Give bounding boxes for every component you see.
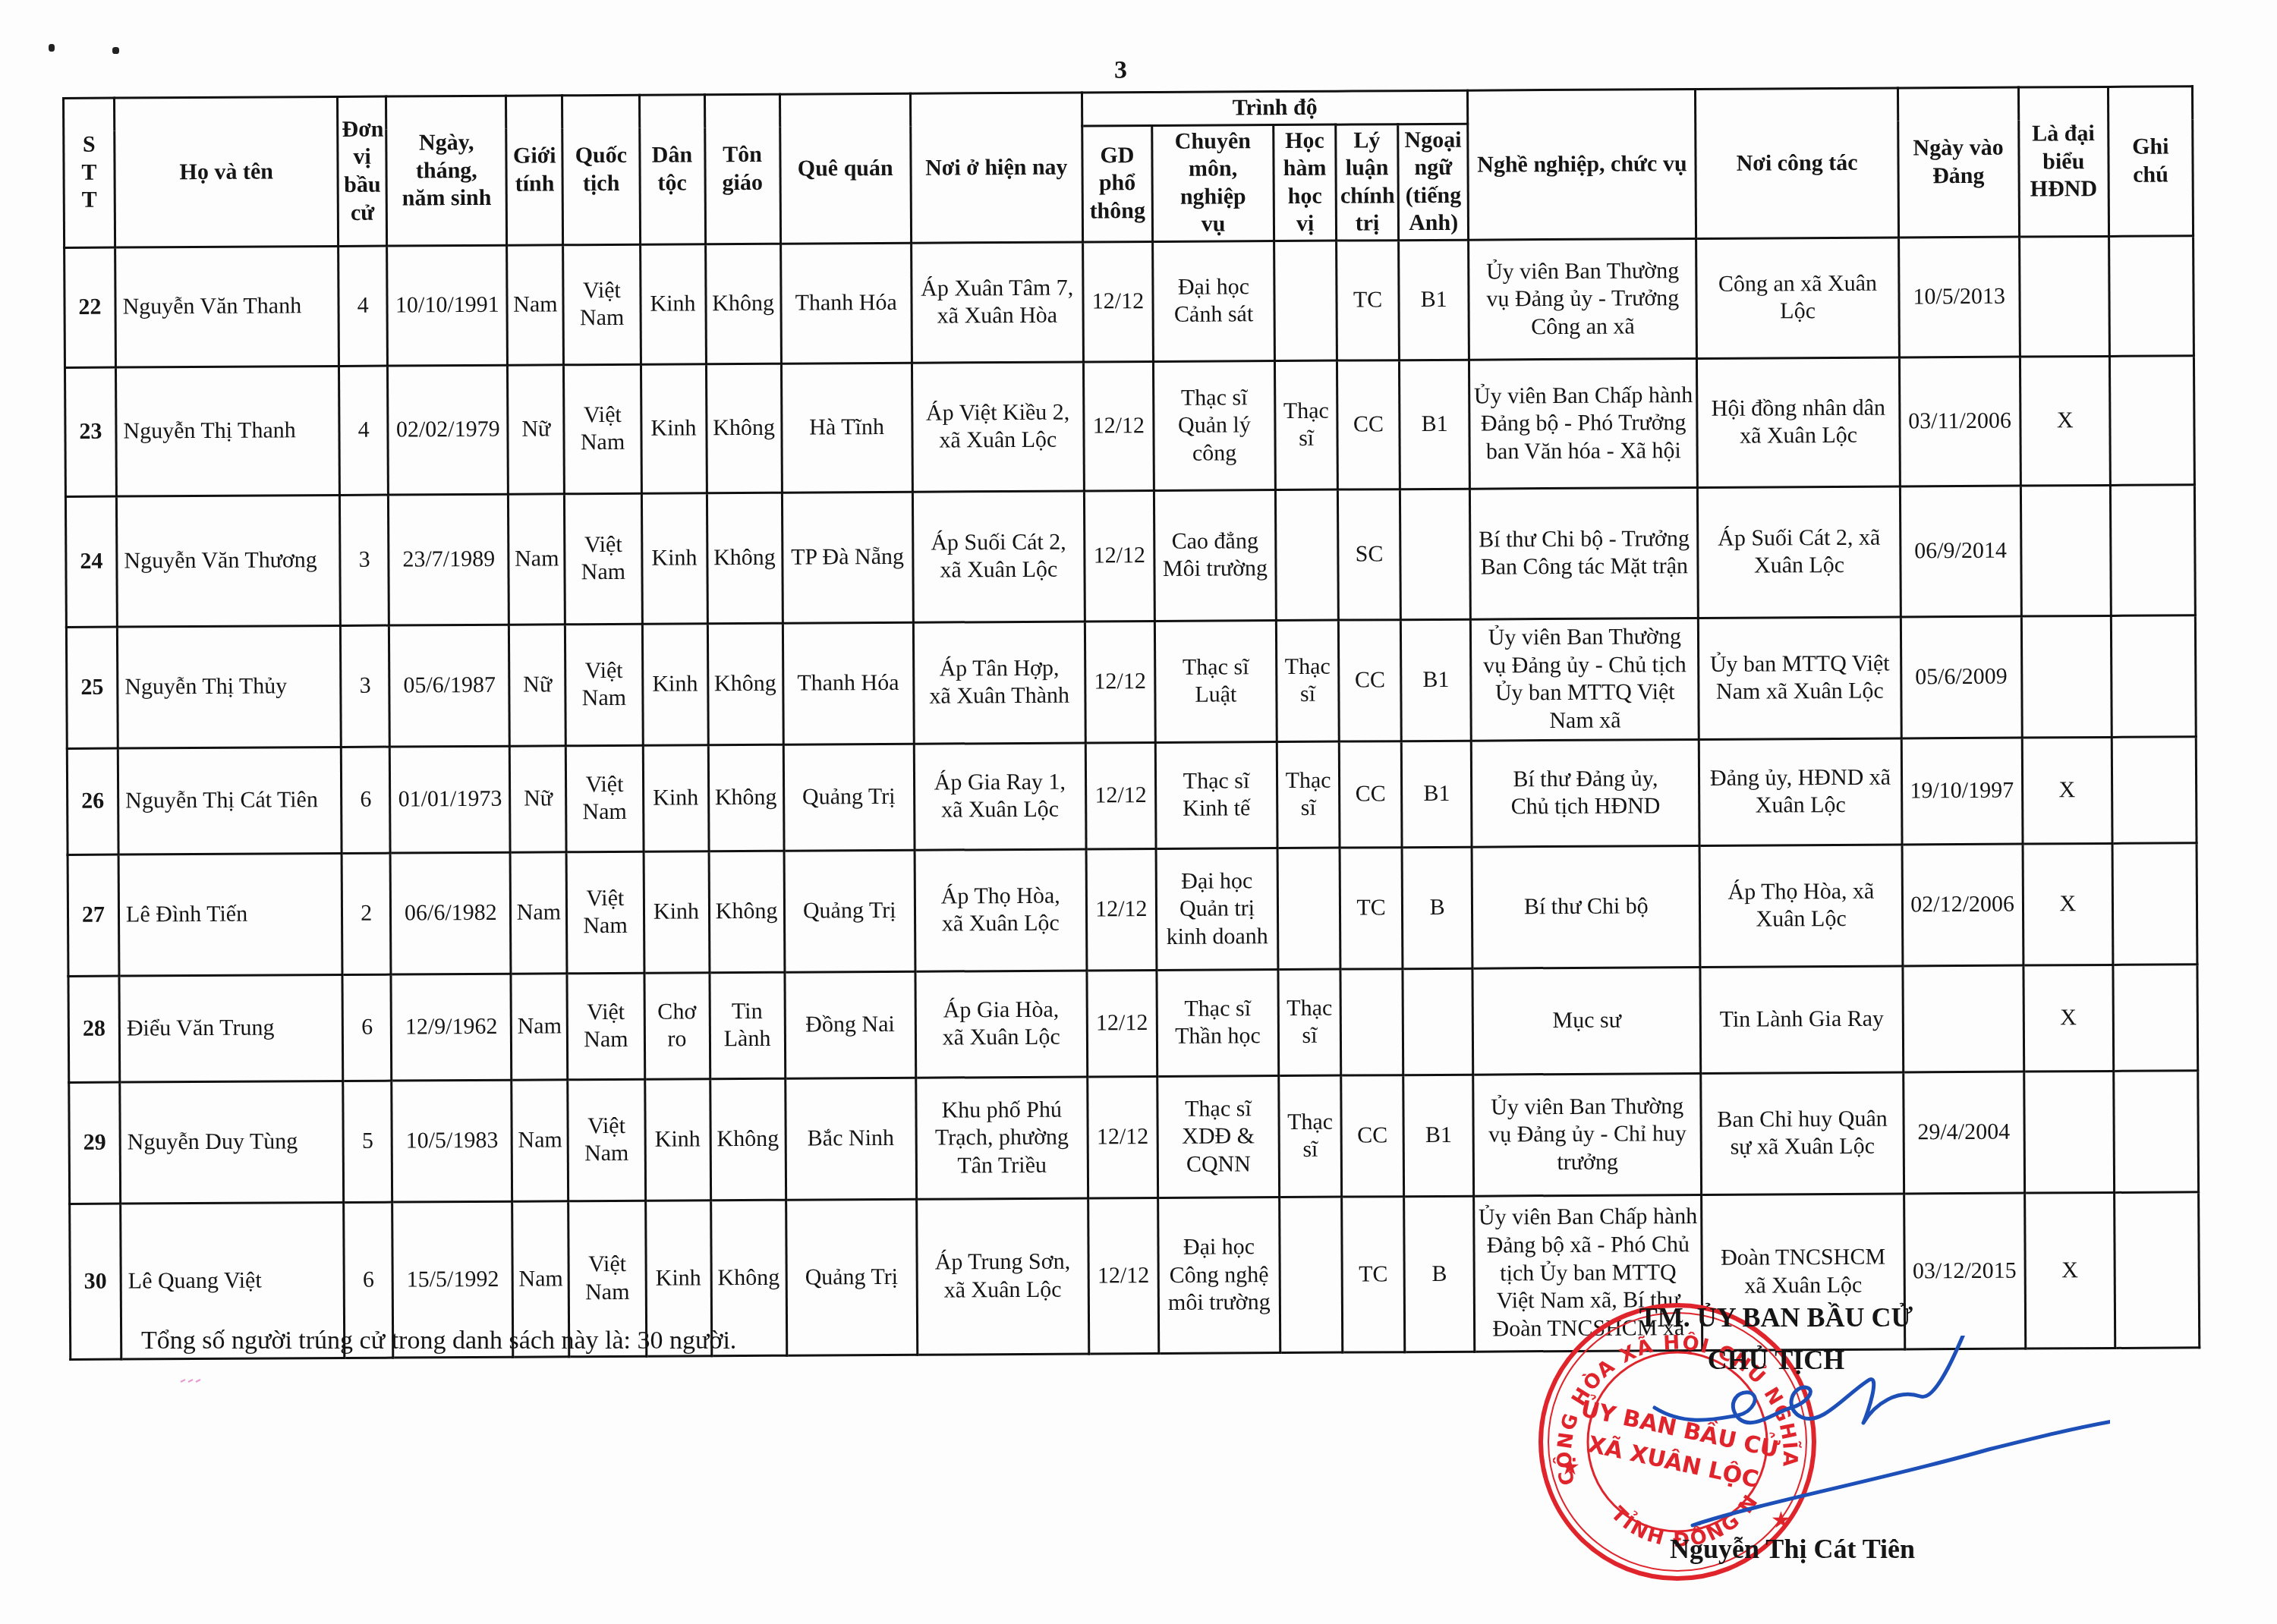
cell-hometown: Quảng Trị [786,1199,917,1355]
cell-specialty: Đại học Công nghệ môi trường [1158,1198,1280,1354]
cell-residence: Áp Trung Sơn, xã Xuân Lộc [916,1198,1088,1355]
cell-gender: Nam [511,974,568,1080]
cell-political: CC [1338,620,1401,741]
scan-speck [112,47,119,54]
cell-political: SC [1338,489,1401,620]
cell-occupation: Bí thư Chi bộ - Trưởng Ban Công tác Mặt … [1470,487,1699,619]
cell-residence: Áp Gia Ray 1, xã Xuân Lộc [914,743,1086,850]
cell-language: B1 [1400,360,1470,489]
cell-language: B [1404,1196,1475,1352]
cell-unit: 4 [339,366,389,495]
header-religion: Tôn giáo [704,94,780,244]
cell-notes [2110,485,2195,616]
cell-specialty: Thạc sĩ Thần học [1157,970,1279,1077]
cell-political: CC [1339,741,1402,848]
cell-residence: Áp Tân Hợp, xã Xuân Thành [913,622,1085,744]
cell-religion: Không [709,851,785,973]
cell-academic: Thạc sĩ [1275,360,1338,489]
table-row: 25Nguyễn Thị Thủy305/6/1987NữViệt NamKin… [66,615,2196,749]
cell-workplace: Hội đồng nhân dân xã Xuân Lộc [1697,357,1900,487]
header-language: Ngoại ngữ (tiếng Anh) [1398,124,1469,241]
cell-unit: 2 [342,853,391,974]
cell-ethnicity: Kinh [644,851,710,973]
cell-occupation: Bí thư Đảng ủy, Chủ tịch HĐND [1472,739,1700,847]
cell-hdnd-delegate [2021,615,2112,738]
cell-notes [2109,356,2194,486]
cell-academic: Thạc sĩ [1277,741,1340,848]
header-workplace: Nơi công tác [1696,88,1898,238]
cell-occupation: Ủy viên Ban Thường vụ Đảng ủy - Chỉ huy … [1473,1073,1702,1196]
header-hometown: Quê quán [779,93,911,244]
cell-nationality: Việt Nam [565,624,643,746]
cell-general-edu: 12/12 [1084,490,1154,622]
cell-political: CC [1341,1075,1404,1197]
scan-speck [49,44,55,52]
cell-hometown: Thanh Hóa [783,622,914,744]
cell-workplace: Áp Suối Cát 2, xã Xuân Lộc [1698,486,1901,618]
cell-name: Nguyễn Văn Thương [116,495,340,627]
cell-workplace: Ủy ban MTTQ Việt Nam xã Xuân Lộc [1699,617,1901,739]
cell-hometown: TP Đà Nẵng [782,492,913,623]
cell-party-date: 06/9/2014 [1900,486,2021,617]
cell-occupation: Bí thư Chi bộ [1472,845,1700,968]
cell-residence: Áp Việt Kiều 2, xã Xuân Lộc [912,362,1084,492]
cell-name: Điểu Văn Trung [119,974,343,1082]
cell-religion: Không [710,1078,786,1201]
cell-stt: 26 [67,748,118,854]
cell-stt: 30 [70,1204,121,1359]
cell-specialty: Thạc sĩ XDĐ & CQNN [1157,1076,1280,1198]
cell-religion: Không [707,493,783,624]
header-gender: Giới tính [506,96,563,245]
cell-ethnicity: Chơ ro [644,973,710,1079]
cell-party-date: 05/6/2009 [1901,616,2022,738]
cell-occupation: Ủy viên Ban Thường vụ Đảng ủy - Trưởng C… [1469,238,1697,360]
cell-stt: 23 [65,367,116,496]
cell-notes [2114,1071,2199,1193]
cell-specialty: Đại học Cảnh sát [1153,241,1275,362]
cell-language: B1 [1401,741,1472,848]
cell-academic [1275,489,1338,620]
cell-general-edu: 12/12 [1083,361,1154,491]
cell-occupation: Ủy viên Ban Chấp hành Đảng bộ - Phó Trưở… [1469,358,1698,489]
cell-name: Nguyễn Văn Thanh [115,246,339,367]
cell-party-date [1903,965,2024,1072]
cell-language: B [1402,847,1472,969]
cell-unit: 6 [342,974,392,1081]
cell-academic [1277,848,1340,969]
cell-specialty: Cao đẳng Môi trường [1154,490,1276,622]
header-hdnd-delegate: Là đại biểu HĐND [2018,87,2109,237]
cell-hometown: Thanh Hóa [780,243,912,364]
table-row: 29Nguyễn Duy Tùng510/5/1983NamViệt NamKi… [69,1071,2199,1204]
cell-general-edu: 12/12 [1088,1198,1158,1354]
cell-notes [2114,1192,2199,1349]
cell-ethnicity: Kinh [641,493,707,624]
cell-nationality: Việt Nam [563,244,641,365]
cell-unit: 5 [343,1081,392,1202]
cell-nationality: Việt Nam [568,1079,645,1201]
cell-residence: Áp Xuân Tâm 7, xã Xuân Hòa [911,242,1083,363]
header-party-date: Ngày vào Đảng [1897,87,2019,238]
cell-nationality: Việt Nam [567,851,644,974]
cell-stt: 24 [65,496,117,627]
cell-stt: 29 [69,1082,121,1204]
cell-gender: Nam [509,494,565,625]
cell-hdnd-delegate: X [2024,1192,2115,1349]
cell-dob: 23/7/1989 [389,494,509,625]
cell-notes [2111,615,2196,738]
cell-academic [1280,1197,1343,1352]
cell-party-date: 29/4/2004 [1903,1072,2024,1194]
cell-general-edu: 12/12 [1088,1076,1158,1198]
cell-workplace: Đảng ủy, HĐND xã Xuân Lộc [1699,738,1902,845]
cell-notes [2112,737,2197,844]
cell-gender: Nam [507,245,564,365]
page-number: 3 [1114,56,1127,85]
cell-specialty: Thạc sĩ Kinh tế [1155,742,1277,849]
cell-party-date: 03/11/2006 [1899,357,2020,486]
total-count-note: Tổng số người trúng cử trong danh sách n… [141,1327,736,1355]
cell-ethnicity: Kinh [642,624,708,745]
cell-hdnd-delegate: X [2023,843,2113,965]
cell-general-edu: 12/12 [1085,742,1156,849]
table-body: 22Nguyễn Văn Thanh410/10/1991NamViệt Nam… [65,236,2200,1360]
cell-gender: Nữ [510,746,567,852]
cell-stt: 28 [68,976,120,1082]
cell-language [1403,968,1473,1075]
header-education-group: Trình độ [1082,90,1468,125]
cell-dob: 10/10/1991 [387,245,508,366]
table-row: 28Điểu Văn Trung612/9/1962NamViệt NamChơ… [68,965,2198,1083]
cell-workplace: Áp Thọ Hòa, xã Xuân Lộc [1699,845,1902,967]
cell-name: Lê Đình Tiến [118,853,342,976]
cell-language: B1 [1401,619,1472,741]
cell-hdnd-delegate [2020,485,2111,616]
cell-dob: 12/9/1962 [391,974,512,1081]
header-row-top: S T T Họ và tên Đơn vị bầu cử Ngày, thán… [64,87,2193,131]
cell-hometown: Đồng Nai [785,971,916,1078]
header-political: Lý luận chính trị [1336,124,1399,241]
cell-academic: Thạc sĩ [1279,1075,1342,1197]
cell-stt: 27 [68,854,119,976]
cell-gender: Nữ [508,365,565,494]
cell-gender: Nam [512,1080,568,1201]
header-general-edu: GD phổ thông [1082,125,1153,242]
cell-ethnicity: Kinh [644,1079,710,1201]
header-specialty: Chuyên môn, nghiệp vụ [1152,124,1274,241]
cell-hdnd-delegate: X [2022,737,2112,844]
table-row: 27Lê Đình Tiến206/6/1982NamViệt NamKinhK… [68,843,2197,977]
cell-name: Nguyễn Duy Tùng [120,1081,344,1204]
cell-political: TC [1337,241,1400,360]
cell-religion: Tin Lành [710,972,786,1079]
cell-name: Nguyễn Thị Cát Tiên [118,747,342,854]
cell-academic: Thạc sĩ [1278,969,1341,1075]
cell-specialty: Đại học Quản trị kinh doanh [1156,848,1278,971]
cell-religion: Không [706,364,782,493]
header-unit: Đơn vị bầu cử [338,96,387,246]
table-row: 22Nguyễn Văn Thanh410/10/1991NamViệt Nam… [65,236,2194,368]
cell-dob: 10/5/1983 [392,1080,512,1202]
cell-residence: Áp Gia Hòa, xã Xuân Lộc [915,971,1088,1078]
cell-general-edu: 12/12 [1087,970,1157,1077]
cell-nationality: Việt Nam [564,364,641,494]
cell-gender: Nam [510,852,567,974]
cell-political: TC [1340,848,1403,969]
cell-academic [1274,241,1337,360]
cell-language: B1 [1399,240,1469,360]
cell-political: CC [1337,360,1400,489]
cell-hometown: Bắc Ninh [785,1078,916,1200]
table-row: 24Nguyễn Văn Thương323/7/1989NamViệt Nam… [65,485,2195,628]
cell-dob: 01/01/1973 [390,746,511,853]
cell-hdnd-delegate [2019,236,2109,357]
header-residence: Nơi ở hiện nay [910,93,1082,243]
header-dob: Ngày, tháng, năm sinh [386,96,507,246]
cell-political [1340,969,1403,1075]
cell-name: Nguyễn Thị Thủy [117,625,341,748]
cell-religion: Không [708,744,784,851]
cell-academic: Thạc sĩ [1276,620,1339,741]
cell-residence: Áp Suối Cát 2, xã Xuân Lộc [912,491,1085,622]
table-row: 26Nguyễn Thị Cát Tiên601/01/1973NữViệt N… [67,737,2197,855]
cell-general-edu: 12/12 [1086,848,1157,971]
cell-dob: 05/6/1987 [389,625,510,747]
cell-notes [2112,843,2197,965]
cell-party-date: 10/5/2013 [1898,237,2020,357]
cell-occupation: Mục sư [1472,967,1701,1075]
header-name: Họ và tên [115,96,339,247]
cell-general-edu: 12/12 [1082,241,1153,362]
cell-residence: Khu phố Phú Trạch, phường Tân Triều [915,1077,1088,1199]
cell-religion: Không [707,623,783,745]
cell-dob: 06/6/1982 [390,852,511,974]
header-stt: S T T [64,98,115,247]
cell-language: B1 [1403,1075,1474,1197]
cell-workplace: Ban Chỉ huy Quân sự xã Xuân Lộc [1701,1072,1904,1194]
cell-nationality: Việt Nam [565,493,642,625]
cell-party-date: 02/12/2006 [1902,844,2023,966]
cell-workplace: Công an xã Xuân Lộc [1696,238,1899,358]
elected-members-table: S T T Họ và tên Đơn vị bầu cử Ngày, thán… [62,85,2200,1361]
header-ethnicity: Dân tộc [639,95,705,244]
cell-specialty: Thạc sĩ Luật [1154,621,1277,743]
cell-hdnd-delegate [2023,1071,2114,1193]
cell-workplace: Tin Lành Gia Ray [1700,966,1903,1073]
cell-hdnd-delegate: X [2023,965,2114,1072]
header-nationality: Quốc tịch [562,95,640,245]
header-academic: Học hàm học vị [1274,124,1337,241]
table-row: 23Nguyễn Thị Thanh402/02/1979NữViệt NamK… [65,356,2194,497]
cell-unit: 4 [339,246,388,366]
cell-hometown: Quảng Trị [784,850,915,972]
cell-unit: 6 [342,747,391,853]
cell-religion: Không [705,244,781,364]
cell-occupation: Ủy viên Ban Thường vụ Đảng ủy - Chủ tịch… [1471,618,1699,741]
cell-dob: 02/02/1979 [388,365,509,495]
cell-general-edu: 12/12 [1085,621,1155,743]
signer-name: Nguyễn Thị Cát Tiên [1670,1533,1915,1565]
cell-unit: 3 [341,625,390,747]
cell-gender: Nữ [509,625,566,746]
cell-hometown: Hà Tĩnh [781,363,912,493]
cell-ethnicity: Kinh [640,244,706,364]
cell-hometown: Quảng Trị [783,744,915,851]
cell-ethnicity: Kinh [641,364,707,493]
cell-name: Nguyễn Thị Thanh [116,366,340,496]
pink-ink-mark [179,1377,209,1385]
cell-ethnicity: Kinh [643,745,709,851]
cell-nationality: Việt Nam [567,973,644,1080]
cell-unit: 3 [340,495,389,625]
header-notes: Ghi chú [2108,87,2193,237]
header-occupation: Nghề nghiệp, chức vụ [1468,89,1696,240]
cell-party-date: 19/10/1997 [1901,738,2023,845]
cell-specialty: Thạc sĩ Quản lý công [1153,361,1275,491]
cell-notes [2109,236,2194,357]
cell-hdnd-delegate: X [2020,356,2110,486]
signature-org: TM. ỦY BAN BẦU CỬ [1579,1301,1973,1333]
cell-language [1400,489,1471,620]
cell-residence: Áp Thọ Hòa, xã Xuân Lộc [915,849,1087,971]
cell-political: TC [1342,1197,1405,1352]
cell-notes [2113,965,2198,1072]
cell-stt: 22 [65,247,116,367]
cell-stt: 25 [66,627,118,748]
cell-nationality: Việt Nam [566,745,644,852]
